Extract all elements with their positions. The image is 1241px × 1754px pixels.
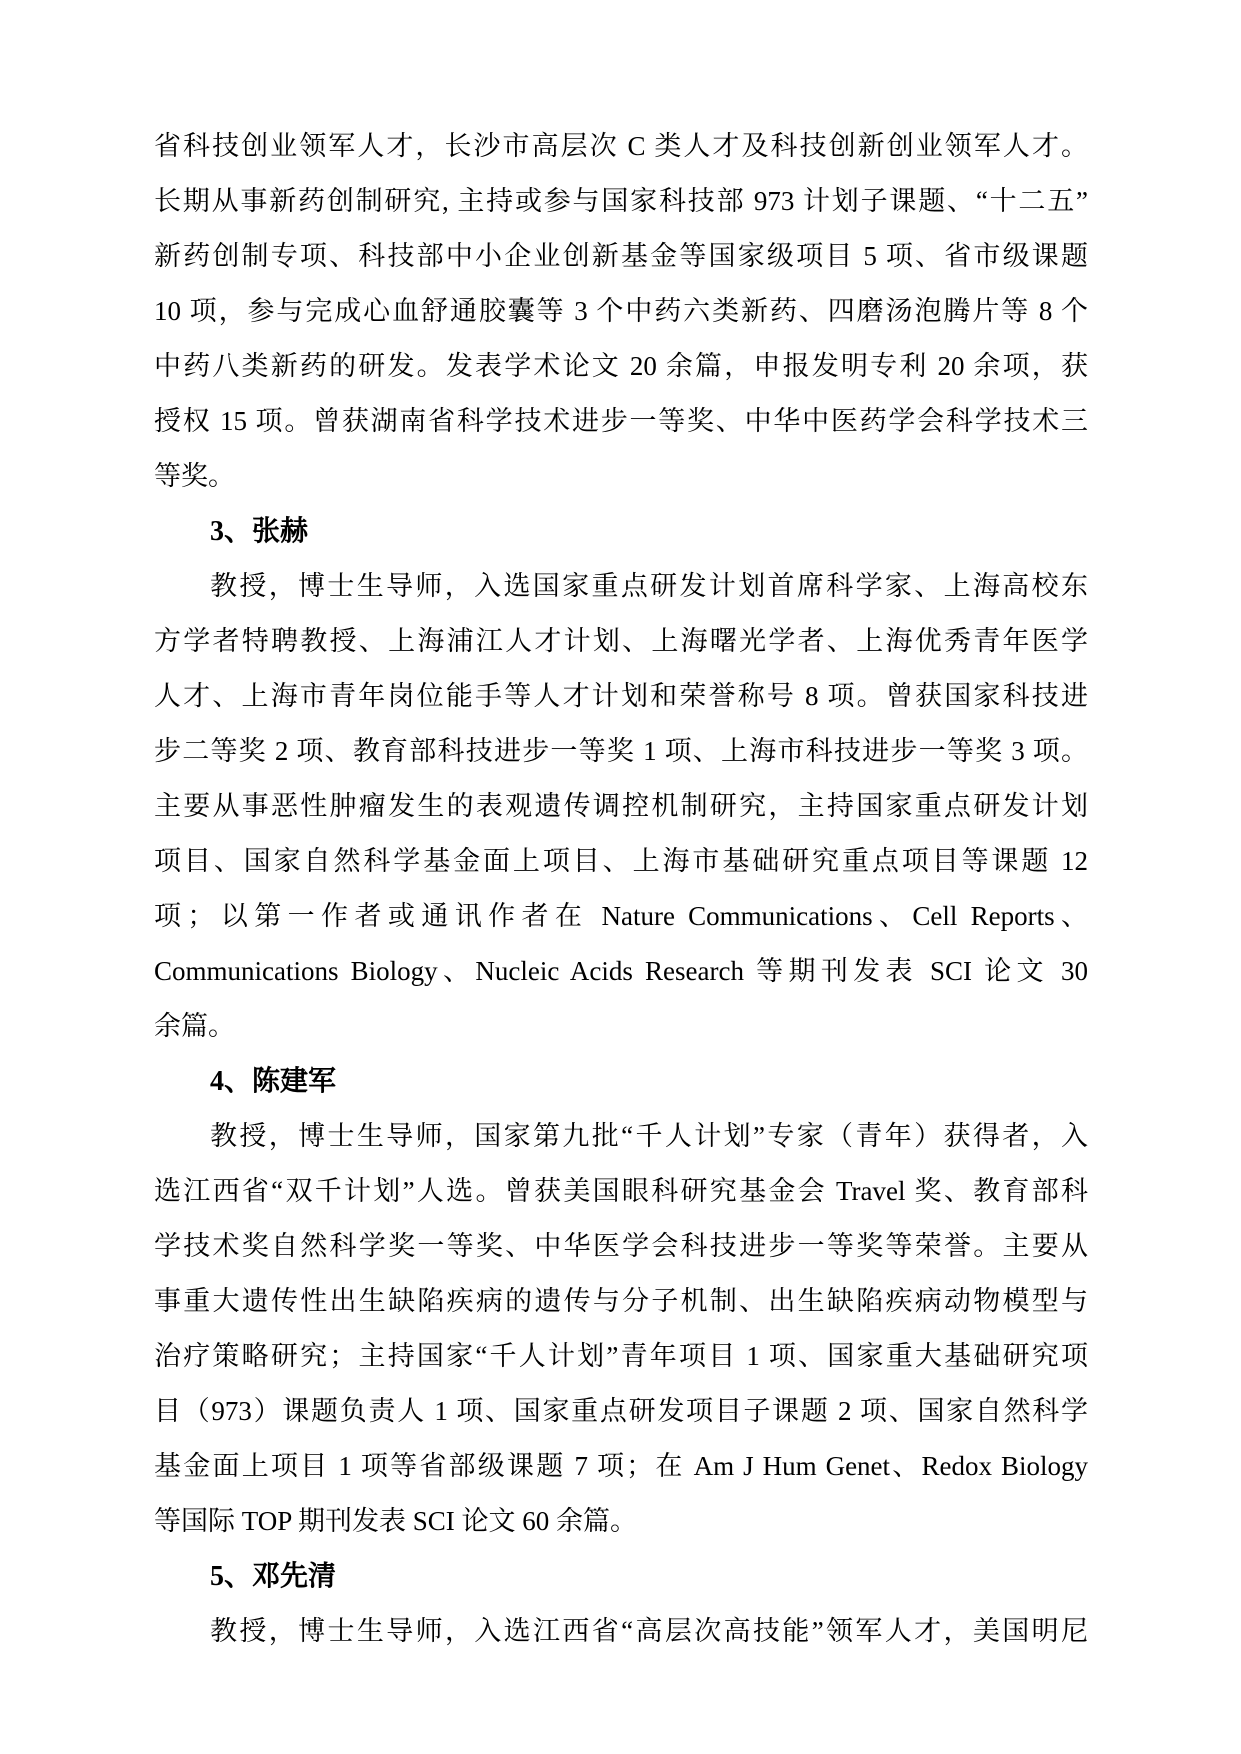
text-line: 省科技创业领军人才，长沙市高层次 C 类人才及科技创新创业领军人才。 [154, 119, 1088, 174]
document-page: 省科技创业领军人才，长沙市高层次 C 类人才及科技创新创业领军人才。 长期从事新… [0, 0, 1241, 1754]
text-line: 教授，博士生导师，国家第九批“千人计划”专家（青年）获得者，入 [154, 1109, 1088, 1164]
section-heading-zhang-he: 3、张赫 [154, 504, 1088, 559]
text-line: 授权 15 项。曾获湖南省科学技术进步一等奖、中华中医药学会科学技术三 [154, 394, 1088, 449]
text-line: 主要从事恶性肿瘤发生的表观遗传调控机制研究，主持国家重点研发计划 [154, 779, 1088, 834]
section-heading-chen-jianjun: 4、陈建军 [154, 1054, 1088, 1109]
text-line: 教授，博士生导师，入选江西省“高层次高技能”领军人才，美国明尼 [154, 1604, 1088, 1659]
section-heading-deng-xianqing: 5、邓先清 [154, 1549, 1088, 1604]
text-line: 项；以第一作者或通讯作者在 Nature Communications、Cell… [154, 889, 1088, 944]
text-line: 教授，博士生导师，入选国家重点研发计划首席科学家、上海高校东 [154, 559, 1088, 614]
text-line: 新药创制专项、科技部中小企业创新基金等国家级项目 5 项、省市级课题 [154, 229, 1088, 284]
text-line: 学技术奖自然科学奖一等奖、中华医学会科技进步一等奖等荣誉。主要从 [154, 1219, 1088, 1274]
text-line: 目（973）课题负责人 1 项、国家重点研发项目子课题 2 项、国家自然科学 [154, 1384, 1088, 1439]
text-line: 治疗策略研究；主持国家“千人计划”青年项目 1 项、国家重大基础研究项 [154, 1329, 1088, 1384]
text-line: 长期从事新药创制研究, 主持或参与国家科技部 973 计划子课题、“十二五” [154, 174, 1088, 229]
text-line: 选江西省“双千计划”人选。曾获美国眼科研究基金会 Travel 奖、教育部科 [154, 1164, 1088, 1219]
text-line: 项目、国家自然科学基金面上项目、上海市基础研究重点项目等课题 12 [154, 834, 1088, 889]
text-line: 步二等奖 2 项、教育部科技进步一等奖 1 项、上海市科技进步一等奖 3 项。 [154, 724, 1088, 779]
text-line: Communications Biology、Nucleic Acids Res… [154, 944, 1088, 999]
text-line: 基金面上项目 1 项等省部级课题 7 项；在 Am J Hum Genet、Re… [154, 1439, 1088, 1494]
text-line: 余篇。 [154, 999, 1088, 1054]
text-line: 10 项，参与完成心血舒通胶囊等 3 个中药六类新药、四磨汤泡腾片等 8 个 [154, 284, 1088, 339]
text-line: 等奖。 [154, 449, 1088, 504]
text-line: 方学者特聘教授、上海浦江人才计划、上海曙光学者、上海优秀青年医学 [154, 614, 1088, 669]
text-line: 人才、上海市青年岗位能手等人才计划和荣誉称号 8 项。曾获国家科技进 [154, 669, 1088, 724]
text-line: 等国际 TOP 期刊发表 SCI 论文 60 余篇。 [154, 1494, 1088, 1549]
document-content: 省科技创业领军人才，长沙市高层次 C 类人才及科技创新创业领军人才。 长期从事新… [154, 119, 1088, 1659]
text-line: 事重大遗传性出生缺陷疾病的遗传与分子机制、出生缺陷疾病动物模型与 [154, 1274, 1088, 1329]
text-line: 中药八类新药的研发。发表学术论文 20 余篇，申报发明专利 20 余项，获 [154, 339, 1088, 394]
